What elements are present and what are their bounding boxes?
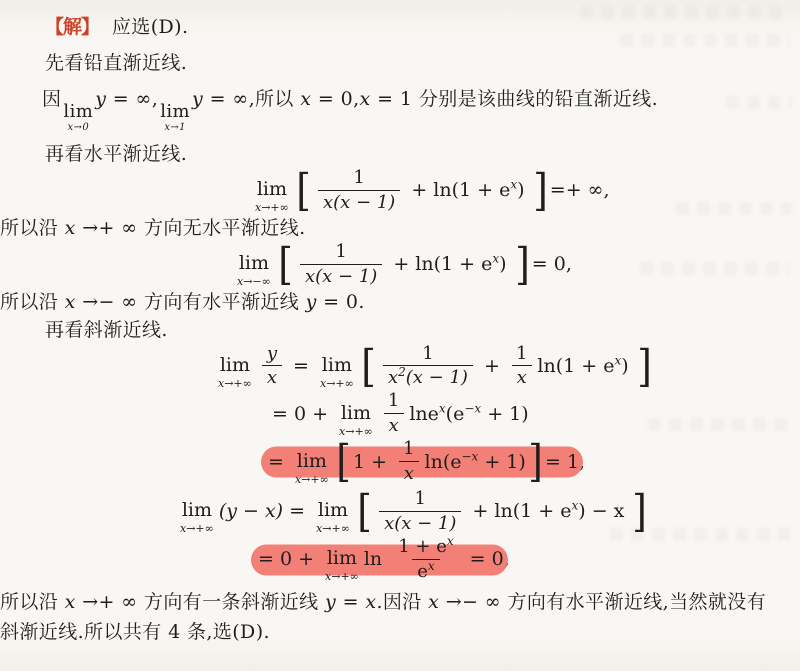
lim-subscript: x→+∞ [218,378,252,389]
denominator: x [512,365,532,388]
denominator: x(x − 1) [379,511,461,534]
lim-word: lim [257,180,287,199]
numerator: 1 [383,392,404,413]
formula-result: = 0, [532,254,572,275]
text-run: 方向有水平渐近线 [144,291,306,313]
limit-operator: limx→+∞ [255,180,289,213]
lim-word: lim [297,452,327,471]
arrow-run: →+ ∞ [76,217,144,239]
numerator: 1 [330,243,351,264]
formula-run: ln(1 + ex) [537,356,634,377]
paragraph-conclusion-2: 斜渐近线.所以共有 4 条,选(D). [0,619,800,645]
scanned-solution-page: 【解】 应选(D). 先看铅直渐近线. 因limx→0y = ∞,limx→1y… [0,0,800,671]
right-bracket: ] [637,347,652,387]
lim-subscript: x→−∞ [237,276,271,287]
formula-limit-x-minus-infinity: limx→−∞ [ 1x(x − 1) + ln(1 + ex) ] = 0, [0,243,800,287]
limit-operator: limx→+∞ [325,549,359,582]
text-run: 方向有水平渐近线,当然就没有 [507,591,766,613]
formula-run: + ln(1 + ex) − x [466,501,630,522]
formula-result: = 0 [464,549,504,570]
formula-rewrite-ln: = 0 + limx→+∞ 1x lnex(e−x + 1) [0,392,800,436]
numerator: 1 [398,440,419,461]
lim-subscript: x→+∞ [255,202,289,213]
paragraph-because-limits: 因limx→0y = ∞,limx→1y = ∞,所以 x = 0,x = 1 … [0,82,800,133]
text-run: 分别是该曲线的铅直渐近线. [419,88,658,110]
lim-word: lim [239,254,269,273]
text-run: 方向无水平渐近线. [144,217,306,239]
var-x: x [65,291,76,313]
var-x: x [65,217,76,239]
paragraph-oblique-asymptote: 再看斜渐近线. [0,317,800,343]
fraction: 1x(x − 1) [300,243,382,287]
numerator: 1 [410,490,431,511]
lim-subscript: x→+∞ [295,474,329,485]
right-bracket: ] [533,171,548,211]
lim-word: lim [322,356,352,375]
text-run: = ∞, [106,88,158,110]
ln-operator: ln [364,549,388,570]
limit-operator: limx→+∞ [180,501,214,534]
fraction-y-over-x: yx [262,345,282,389]
fraction-one-over-x: 1x [511,345,532,389]
left-bracket: [ [278,245,293,285]
text-run: 斜渐近线.所以共有 4 条,选(D). [0,621,270,643]
numerator: 1 [348,169,369,190]
solution-header: 【解】 应选(D). [0,14,800,40]
left-bracket: [ [296,171,311,211]
paragraph-no-horizontal: 所以沿 x →+ ∞ 方向无水平渐近线. [0,215,800,241]
lim-subscript: x→0 [68,123,90,133]
formula-limit-x-plus-infinity: limx→+∞ [ 1x(x − 1) + ln(1 + ex) ] =+ ∞, [0,169,800,213]
denominator: ex [412,559,439,582]
lim-subscript: x→1 [164,123,186,133]
formula-result: =+ ∞, [550,180,610,201]
right-bracket: ] [528,442,543,482]
formula-run: 1 + [353,452,393,473]
paragraph-text: 先看铅直渐近线. [45,52,187,74]
denominator: x(x − 1) [300,264,382,287]
fraction: 1x2(x − 1) [383,345,473,389]
plus-sign: + [478,356,506,377]
highlighted-formula-slope-equals-one: = limx→+∞ [ 1 + 1x ln(e−x + 1) ] = 1 [268,440,579,484]
highlighted-formula-intercept-equals-zero: = 0 + limx→+∞ ln 1 + exex = 0 [258,538,504,582]
fraction: 1x(x − 1) [318,169,400,213]
text-run: 所以沿 [0,591,65,613]
formula-run: ln(e−x + 1) [425,452,526,473]
var-x: x [300,88,311,110]
numerator: 1 [511,345,532,366]
formula-run: + ln(1 + ex) [405,180,530,201]
var-x: x [65,591,76,613]
numerator: 1 + ex [393,538,458,559]
left-bracket: [ [336,442,351,482]
var-x: x [428,591,439,613]
denominator: x [399,461,419,484]
arrow-run: →− ∞ [439,591,507,613]
lim-word: lim [341,404,371,423]
arrow-run: →− ∞ [76,291,144,313]
arrow-run: →+ ∞ [76,591,144,613]
fraction-exp: 1 + exex [393,538,458,582]
left-bracket: [ [357,492,372,532]
paragraph-vertical-asymptote: 先看铅直渐近线. [0,50,800,76]
text-run: = 1 [371,88,419,110]
var-y: y [192,88,203,110]
paragraph-has-horizontal: 所以沿 x →− ∞ 方向有水平渐近线 y = 0. [0,289,800,315]
fraction-one-over-x: 1x [398,440,419,484]
formula-run: = 0 + [258,549,320,570]
limit-operator: limx→0 [63,103,93,133]
lim-word: lim [220,356,250,375]
formula-run: = [268,452,290,473]
formula-intercept-result-row: = 0 + limx→+∞ ln 1 + exex = 0 , [0,538,800,582]
text-run: 因 [42,88,61,110]
spacer [99,16,112,38]
fraction: 1x(x − 1) [379,490,461,534]
formula-slope-limit: limx→+∞ yx = limx→+∞ [ 1x2(x − 1) + 1x l… [0,345,800,389]
text-run: 因沿 [383,591,428,613]
limit-operator: limx→+∞ [316,501,350,534]
paragraph-text: 再看水平渐近线. [45,143,187,165]
lim-word: lim [63,103,93,121]
text-run: 所以沿 [0,217,65,239]
lim-subscript: x→+∞ [320,378,354,389]
denominator: x2(x − 1) [383,365,473,388]
lim-word: lim [318,501,348,520]
text-run: 方向有一条斜渐近线 [144,591,325,613]
equals-sign: = [287,356,315,377]
answer-text: 应选(D). [112,16,189,38]
lim-subscript: x→+∞ [339,426,373,437]
var-x: x [360,88,371,110]
numerator: 1 [417,345,438,366]
fraction-one-over-x: 1x [383,392,404,436]
text-run: 所以 [255,88,300,110]
equals-sign: = [283,501,311,522]
paragraph-horizontal-asymptote: 再看水平渐近线. [0,141,800,167]
text-run: = 0, [311,88,359,110]
formula-result: = 1 [545,452,579,473]
lim-word: lim [182,501,212,520]
formula-slope-result-row: = limx→+∞ [ 1 + 1x ln(e−x + 1) ] = 1 , [0,440,800,484]
lim-word: lim [160,103,190,121]
limit-operator: limx→+∞ [295,452,329,485]
text-run: = 0. [317,291,365,313]
solution-label: 【解】 [45,16,99,38]
limit-operator: limx→+∞ [218,356,252,389]
text-run: 所以沿 [0,291,65,313]
right-bracket: ] [633,492,648,532]
denominator: x [384,413,404,436]
formula-intercept-limit: limx→+∞ (y − x) = limx→+∞ [ 1x(x − 1) + … [0,490,800,534]
lim-subscript: x→+∞ [180,523,214,534]
formula-run: + ln(1 + ex) [387,254,512,275]
limit-operator: limx→+∞ [339,404,373,437]
paragraph-conclusion-1: 所以沿 x →+ ∞ 方向有一条斜渐近线 y = x.因沿 x →− ∞ 方向有… [0,589,800,615]
var-y: y [95,88,106,110]
numerator: y [262,345,282,366]
equation-y-equals-x: y = x. [325,591,383,613]
lim-word: lim [327,549,357,568]
lim-subscript: x→+∞ [325,571,359,582]
right-bracket: ] [515,245,530,285]
var-y: y [306,291,317,313]
denominator: x [262,365,282,388]
text-run: = ∞, [203,88,255,110]
lim-subscript: x→+∞ [316,523,350,534]
limit-operator: limx→−∞ [237,254,271,287]
limit-operator: limx→1 [160,103,190,133]
paragraph-text: 再看斜渐近线. [45,319,168,341]
left-bracket: [ [361,347,376,387]
formula-run: lnex(e−x + 1) [409,404,528,425]
formula-run: = 0 + [272,404,334,425]
limit-operator: limx→+∞ [320,356,354,389]
denominator: x(x − 1) [318,190,400,213]
formula-run: (y − x) [219,501,283,522]
